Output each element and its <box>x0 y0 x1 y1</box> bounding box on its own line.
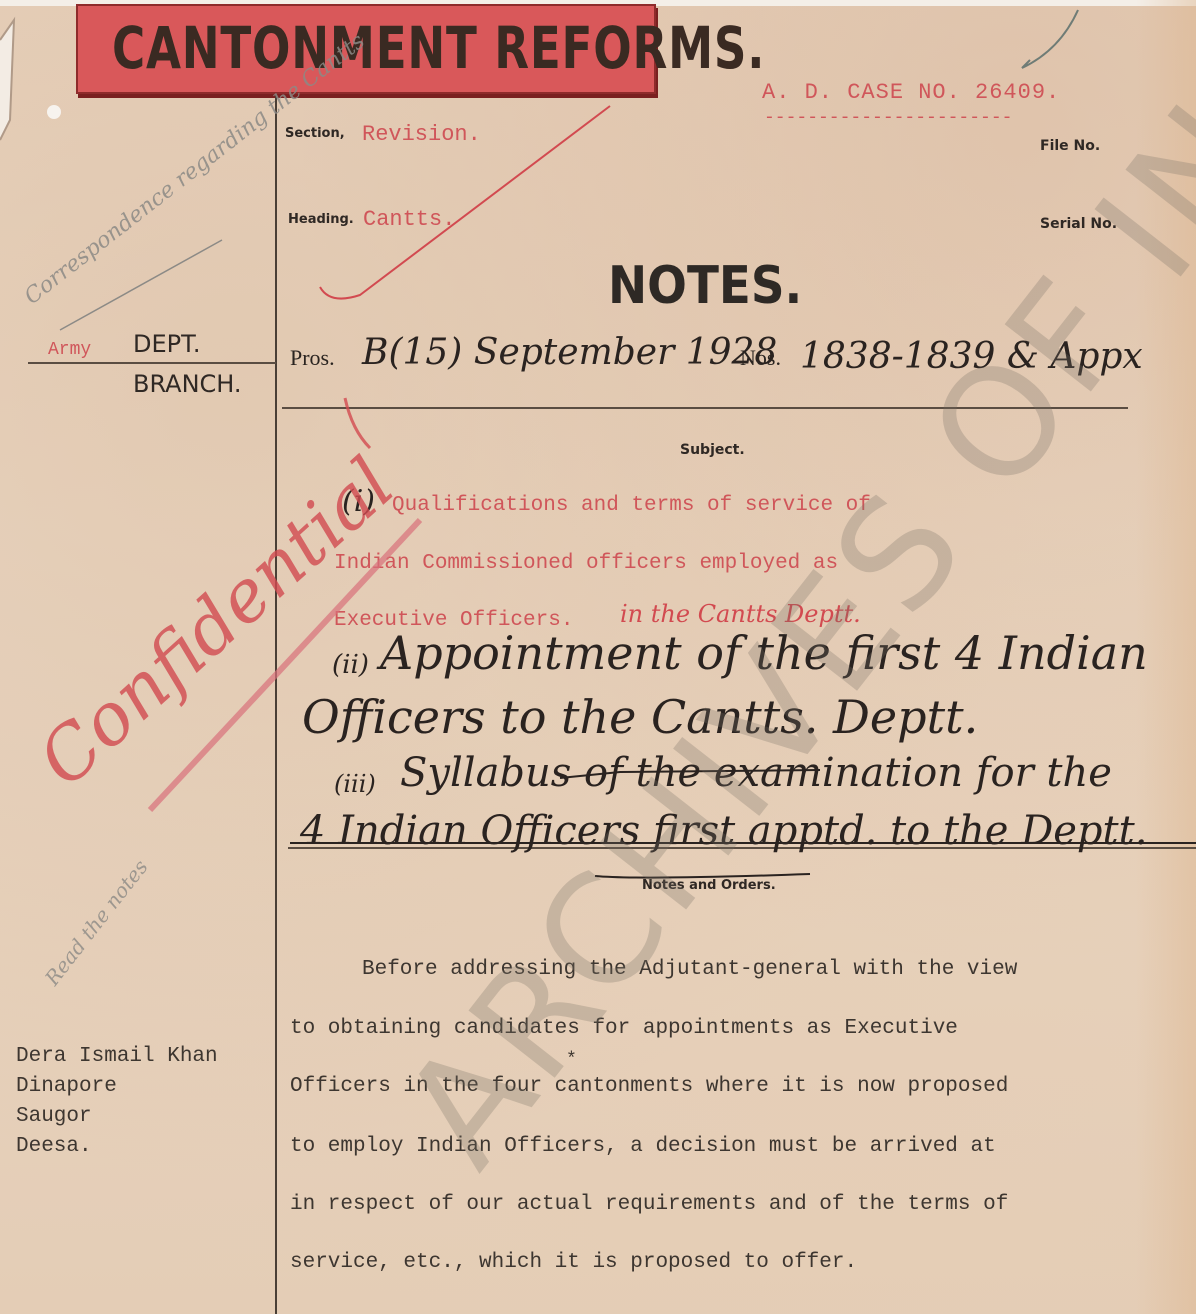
ink-strokes: * <box>0 0 1196 1314</box>
